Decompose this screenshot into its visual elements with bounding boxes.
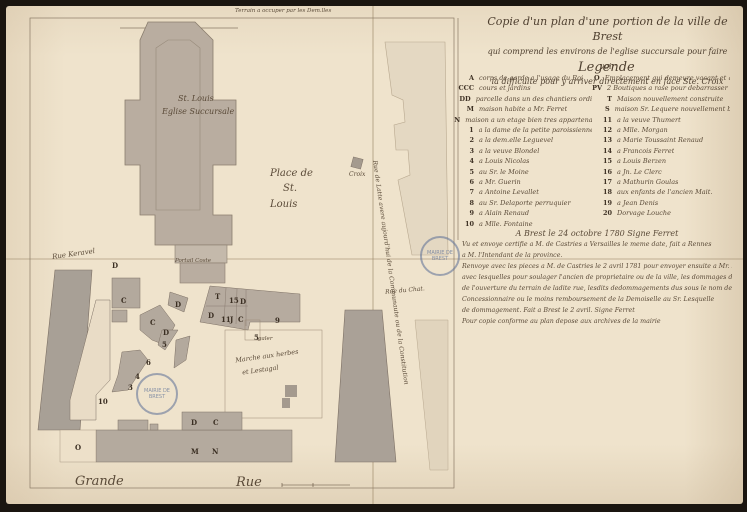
legend-text: parcelle dans un des chantiers ordinaire… <box>476 94 592 104</box>
parcel-key-label: 15 <box>229 296 239 305</box>
church-building <box>125 22 236 283</box>
parcel-key-label: 3 <box>128 383 133 392</box>
stamp-text: MAIRIE DE BREST <box>422 250 458 262</box>
parcel-key-label: D <box>175 300 181 309</box>
legend-key: 6 <box>452 177 474 187</box>
parcel-key-label: N <box>212 447 218 456</box>
legend-entry: 1a la dame de la petite paroissienne <box>452 125 592 135</box>
legend-entry: 5au Sr. le Moine <box>452 167 592 177</box>
legend-key: 11 <box>590 115 612 125</box>
parcel-key-label: O <box>75 443 81 452</box>
note-line: de l'ouverture du terrain de ladite rue,… <box>462 283 732 294</box>
parcel-key-label: 4 <box>135 372 140 381</box>
legend-text: a Mlle. Morgan <box>617 125 668 135</box>
legend-key: 8 <box>452 198 474 208</box>
note-line: a M. l'Intendant de la province. <box>462 250 732 261</box>
block-center-triangle <box>335 310 396 462</box>
legend-entry: 16a Jn. Le Clerc <box>590 167 730 177</box>
legend-text: a Antoine Levallet <box>479 187 539 197</box>
certification-notes: A Brest le 24 octobre 1780 Signe FerretV… <box>462 228 732 327</box>
legend-key: M <box>452 104 474 114</box>
legend-key: 17 <box>590 177 612 187</box>
church-label: St. Louis <box>178 94 214 103</box>
note-line: avec lesquelles pour soulager l'ancien d… <box>462 272 732 283</box>
legend-entry: 4a Louis Nicolas <box>452 156 592 166</box>
legend-text: a Alain Renaud <box>479 208 529 218</box>
title-line-1: Copie d'un plan d'une portion de la vill… <box>480 14 735 44</box>
note-line: Renvoye avec les pieces a M. de Castries… <box>462 261 732 272</box>
legend-key: 7 <box>452 187 474 197</box>
legend-key: 14 <box>590 146 612 156</box>
legend-entry: TMaison nouvellement construite <box>590 94 730 104</box>
legend-key: O <box>590 73 600 83</box>
legend-entry: 18aux enfants de l'ancien Mait. <box>590 187 730 197</box>
cross-monument <box>351 157 363 169</box>
legend-text: 2 Boutiques a rase pour debarrasser l'en… <box>607 83 730 93</box>
legend-key: DD <box>452 94 471 104</box>
parcel-key-label: D <box>112 261 118 270</box>
legend-entry: 6a Mr. Guerin <box>452 177 592 187</box>
legend-entry: CCCcours et jardins <box>452 83 592 93</box>
legend-key: T <box>590 94 612 104</box>
legend-key: 1 <box>452 125 474 135</box>
archive-stamp: MAIRIE DE BREST <box>420 236 460 276</box>
legend-key: 15 <box>590 156 612 166</box>
legend-entry: OEmplacement qui demeure vacant et que l… <box>590 73 730 83</box>
parcel-key-label: C <box>150 318 156 327</box>
legend-key: 19 <box>590 198 612 208</box>
legend-text: maison a un etage bien tres appartenant … <box>465 115 592 125</box>
top-street-note: Terrain a occuper par les Dem.lles <box>235 8 331 14</box>
square-label-2: St. <box>283 183 297 194</box>
legend-text: aux enfants de l'ancien Mait. <box>617 187 712 197</box>
parcel-key-label: D <box>163 328 169 337</box>
legend-key: 2 <box>452 135 474 145</box>
legend-entry: 20Dorvage Louche <box>590 208 730 218</box>
archive-stamp: MAIRIE DE BREST <box>136 373 178 415</box>
legend-entry: 9a Alain Renaud <box>452 208 592 218</box>
legend-key: 16 <box>590 167 612 177</box>
legend-text: a la veuve Thumert <box>617 115 681 125</box>
legend-text: a Jean Denis <box>617 198 658 208</box>
note-line: de dommagement. Fait a Brest le 2 avril.… <box>462 305 732 316</box>
legend-text: au Sr. le Moine <box>479 167 529 177</box>
legend-key: 13 <box>590 135 612 145</box>
legend-key: S <box>590 104 610 114</box>
legend-text: a Francois Ferret <box>617 146 674 156</box>
parcel-key-label: D <box>191 418 197 427</box>
legend-entry: 15a Louis Berzen <box>590 156 730 166</box>
legend-entry: 3a la veuve Blondel <box>452 146 592 156</box>
legend-entry: 2a la dem.elle Leguevel <box>452 135 592 145</box>
legend-text: a la dame de la petite paroissienne <box>479 125 592 135</box>
legend-key: 18 <box>590 187 612 197</box>
note-line: Pour copie conforme au plan depose aux a… <box>462 316 732 327</box>
legend-left-column: Acorps de garde a l'usage du RoiCCCcours… <box>452 73 592 229</box>
legend-key: A <box>452 73 474 83</box>
legend-entry: 7a Antoine Levallet <box>452 187 592 197</box>
parcel-key-label: D <box>208 311 214 320</box>
legend-entry: Smaison Sr. Lequere nouvellement batie <box>590 104 730 114</box>
legend-text: maison Sr. Lequere nouvellement batie <box>615 104 730 114</box>
cross-label: Croix <box>349 171 365 178</box>
parcel-key-label: J <box>230 315 233 324</box>
legend-entry: 8au Sr. Delaporte perruquier <box>452 198 592 208</box>
parcel-key-label: 6 <box>146 358 151 367</box>
parcel-key-label: C <box>121 296 127 305</box>
square-label-3: Louis <box>270 199 297 210</box>
legend-entry: 14a Francois Ferret <box>590 146 730 156</box>
legend-key: CCC <box>452 83 474 93</box>
legend-text: a Jn. Le Clerc <box>617 167 662 177</box>
legend-key: 5 <box>452 167 474 177</box>
legend-text: a Louis Berzen <box>617 156 666 166</box>
legend-key: N <box>452 115 460 125</box>
legend-key: 12 <box>590 125 612 135</box>
note-line: Vu et envoye certifie a M. de Castries a… <box>462 239 732 250</box>
legend-text: cours et jardins <box>479 83 531 93</box>
parcel-key-label: 5 <box>162 340 167 349</box>
scale-bar <box>282 483 350 487</box>
block-east-lower <box>415 320 448 470</box>
legend-entry: 12a Mlle. Morgan <box>590 125 730 135</box>
legend-entry: PV2 Boutiques a rase pour debarrasser l'… <box>590 83 730 93</box>
parcel-key-label: 9 <box>275 316 280 325</box>
parcel-key-label: C <box>213 418 219 427</box>
legend-text: maison habite a Mr. Ferret <box>479 104 567 114</box>
note-line: A Brest le 24 octobre 1780 Signe Ferret <box>462 228 732 239</box>
legend-text: a la veuve Blondel <box>479 146 539 156</box>
legend-key: 4 <box>452 156 474 166</box>
legend-text: Maison nouvellement construite <box>617 94 723 104</box>
grande-rue-label-2: Rue <box>236 475 262 490</box>
legend-entry: 19a Jean Denis <box>590 198 730 208</box>
legend-text: a Louis Nicolas <box>479 156 529 166</box>
legend-text: Dorvage Louche <box>617 208 671 218</box>
block-east-upper <box>385 42 448 255</box>
gallery-label: galer <box>258 336 272 342</box>
legend-entry: 13a Marie Toussaint Renaud <box>590 135 730 145</box>
legend-entry: Nmaison a un etage bien tres appartenant… <box>452 115 592 125</box>
legend-entry: DDparcelle dans un des chantiers ordinai… <box>452 94 592 104</box>
parcel-key-label: T <box>215 292 220 301</box>
legend-key: PV <box>590 83 602 93</box>
legend-text: a Mathurin Goulas <box>617 177 678 187</box>
legend-entry: Mmaison habite a Mr. Ferret <box>452 104 592 114</box>
grande-rue-label-1: Grande <box>75 474 124 489</box>
legend-entry: Acorps de garde a l'usage du Roi <box>452 73 592 83</box>
legend-right-column: OEmplacement qui demeure vacant et que l… <box>590 73 730 219</box>
parcel-small-2 <box>282 398 290 408</box>
church-sublabel: Eglise Succursale <box>162 107 234 116</box>
legend-key: 9 <box>452 208 474 218</box>
parcel-key-label: 10 <box>98 397 108 406</box>
legend-entry: 17a Mathurin Goulas <box>590 177 730 187</box>
stamp-text: MAIRIE DE BREST <box>138 388 176 400</box>
legend-entry: 11a la veuve Thumert <box>590 115 730 125</box>
legend-text: a Marie Toussaint Renaud <box>617 135 703 145</box>
note-line: Concessionnaire ou le moins remboursemen… <box>462 294 732 305</box>
parcel-key-label: D <box>240 297 246 306</box>
legend-text: a Mr. Guerin <box>479 177 521 187</box>
parcel-small-1 <box>285 385 297 397</box>
legend-text: corps de garde a l'usage du Roi <box>479 73 583 83</box>
legend-text: au Sr. Delaporte perruquier <box>479 198 571 208</box>
portail-label: Portail Coste <box>175 258 211 264</box>
parcel-key-label: M <box>191 447 199 456</box>
legend-key: 3 <box>452 146 474 156</box>
legend-text: Emplacement qui demeure vacant et que la… <box>605 73 730 83</box>
legend-key: 20 <box>590 208 612 218</box>
legend-text: a la dem.elle Leguevel <box>479 135 553 145</box>
square-label-1: Place de <box>270 168 313 179</box>
parcel-key-label: C <box>238 315 244 324</box>
